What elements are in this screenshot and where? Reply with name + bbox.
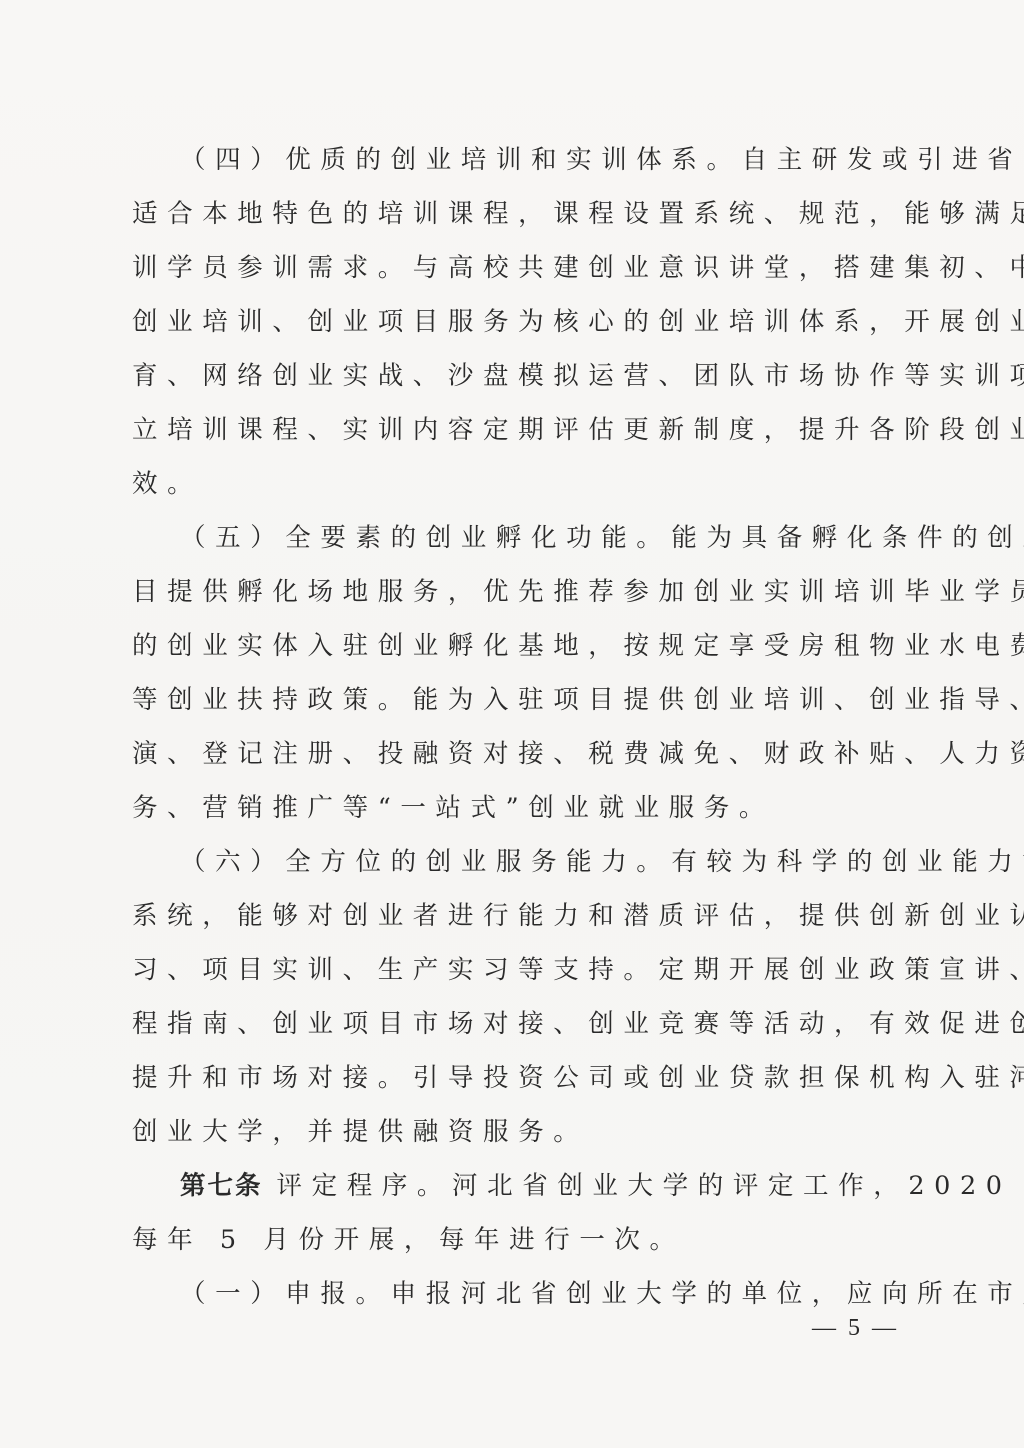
paragraph-6-line-4: 程指南、创业项目市场对接、创业竞赛等活动，有效促进创业能力 (132, 1004, 892, 1044)
paragraph-5-line-2: 目提供孵化场地服务，优先推荐参加创业实训培训毕业学员创办 (132, 572, 892, 612)
paragraph-5-line-3: 的创业实体入驻创业孵化基地，按规定享受房租物业水电费补贴 (132, 626, 892, 666)
paragraph-5-line-5: 演、登记注册、投融资对接、税费减免、财政补贴、人力资源、法律财 (132, 734, 892, 774)
paragraph-5-line-1: （五）全要素的创业孵化功能。能为具备孵化条件的创业项 (180, 518, 892, 558)
paragraph-6-line-5: 提升和市场对接。引导投资公司或创业贷款担保机构入驻河北省 (132, 1058, 892, 1098)
paragraph-4-line-4: 创业培训、创业项目服务为核心的创业培训体系，开展创业引导教 (132, 302, 892, 342)
paragraph-4-line-6: 立培训课程、实训内容定期评估更新制度，提升各阶段创业培训实 (132, 410, 892, 450)
paragraph-4-line-7: 效。 (132, 464, 892, 504)
paragraph-4-line-3: 训学员参训需求。与高校共建创业意识讲堂，搭建集初、中、高级 (132, 248, 892, 288)
paragraph-6-line-2: 系统，能够对创业者进行能力和潜质评估，提供创新创业认知实 (132, 896, 892, 936)
article-7-text: 评定程序。河北省创业大学的评定工作，2020 年起 (277, 1171, 1024, 1201)
article-7-line-1: 第七条评定程序。河北省创业大学的评定工作，2020 年起 (180, 1166, 892, 1206)
paragraph-5-line-6: 务、营销推广等“一站式”创业就业服务。 (132, 788, 892, 828)
paragraph-5-line-4: 等创业扶持政策。能为入驻项目提供创业培训、创业指导、项目路 (132, 680, 892, 720)
paragraph-4-line-1: （四）优质的创业培训和实训体系。自主研发或引进省内外 (180, 140, 892, 180)
page-number: — 5 — (812, 1312, 899, 1344)
sub-item-1-line-1: （一）申报。申报河北省创业大学的单位，应向所在市人力资 (180, 1274, 892, 1314)
article-7-line-2: 每年 5 月份开展，每年进行一次。 (132, 1220, 892, 1260)
document-page: （四）优质的创业培训和实训体系。自主研发或引进省内外 适合本地特色的培训课程，课… (0, 0, 1024, 1448)
paragraph-4-line-2: 适合本地特色的培训课程，课程设置系统、规范，能够满足创业培 (132, 194, 892, 234)
paragraph-6-line-3: 习、项目实训、生产实习等支持。定期开展创业政策宣讲、创业过 (132, 950, 892, 990)
article-label: 第七条 (180, 1171, 263, 1201)
paragraph-4-line-5: 育、网络创业实战、沙盘模拟运营、团队市场协作等实训项目。建 (132, 356, 892, 396)
paragraph-6-line-6: 创业大学，并提供融资服务。 (132, 1112, 892, 1152)
paragraph-6-line-1: （六）全方位的创业服务能力。有较为科学的创业能力评估 (180, 842, 892, 882)
